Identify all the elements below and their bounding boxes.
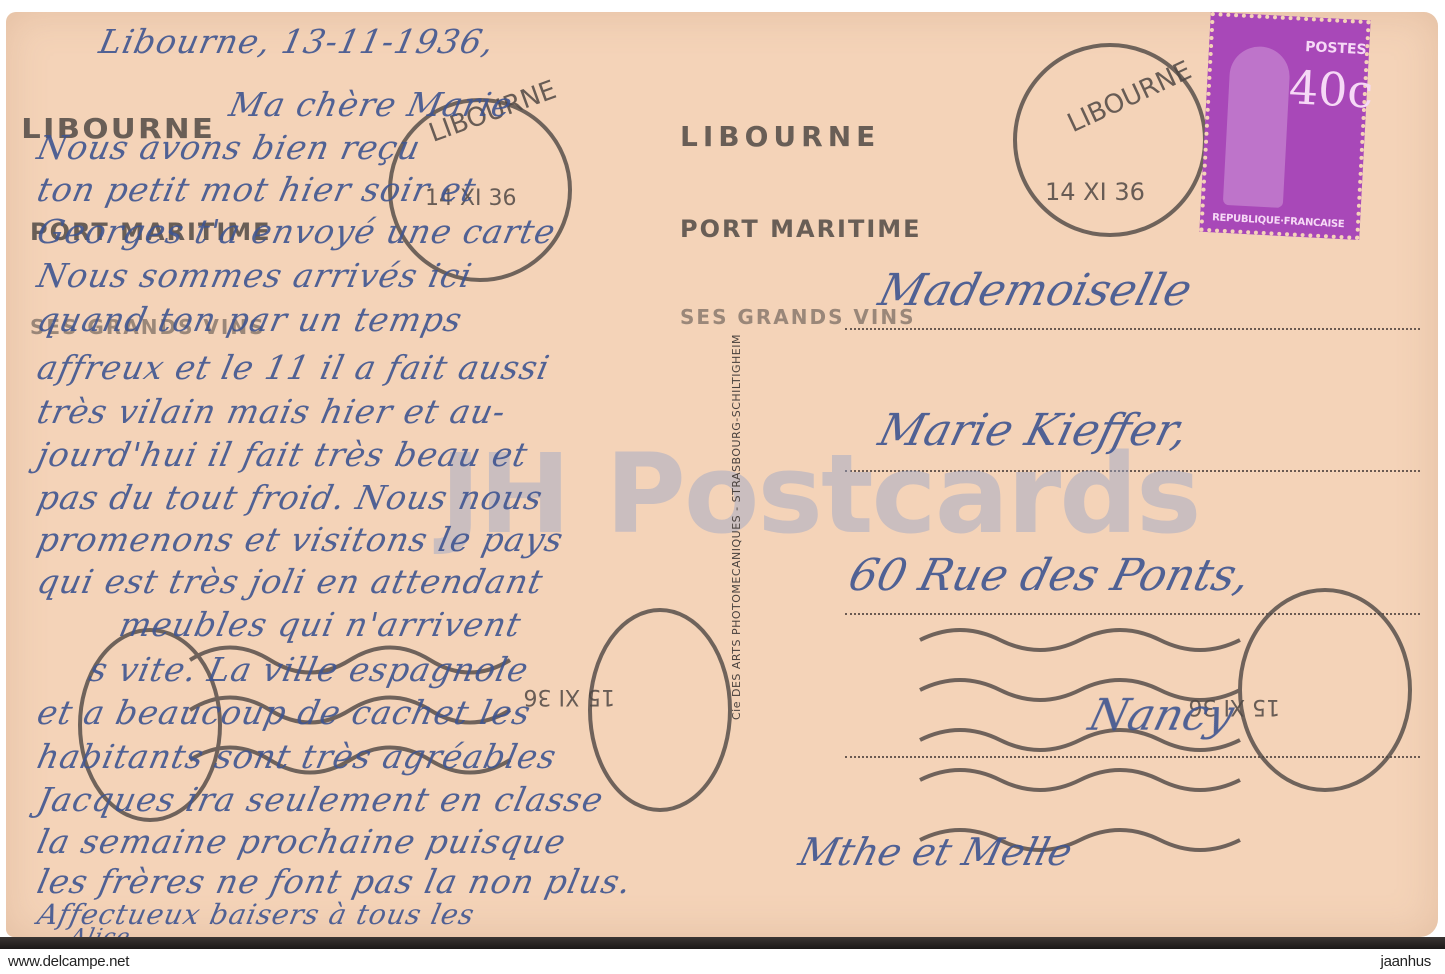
message-line: Ma chère Marie (226, 85, 517, 124)
svg-text:15 XI 36: 15 XI 36 (523, 684, 615, 709)
postage-stamp: POSTES 40c REPUBLIQUE·FRANCAISE (1199, 12, 1370, 240)
stamp-country: REPUBLIQUE·FRANCAISE (1212, 212, 1345, 230)
message-line: qui est très joli en attendant (34, 562, 547, 601)
message-line: ton petit mot hier soir et (34, 170, 480, 209)
scan-edge (0, 937, 1445, 949)
message-line: Libourne, 13-11-1936, (96, 22, 498, 61)
message-line: les frères ne font pas la non plus. (34, 862, 636, 901)
address-street: 60 Rue des Ponts, (844, 550, 1256, 601)
address-title: Mademoiselle (874, 265, 1197, 316)
message-line: promenons et visitons le pays (34, 520, 567, 559)
message-line: s vite. La ville espagnole (86, 650, 533, 689)
publisher-imprint: Cie DES ARTS PHOTOMECANIQUES - STRASBOUR… (730, 334, 743, 720)
message-line: quand ton par un temps (34, 300, 466, 339)
svg-text:LIBOURNE: LIBOURNE (1063, 56, 1196, 139)
address-city: Nancy (1084, 690, 1239, 741)
site-credit: www.delcampe.net (8, 953, 129, 970)
message-line: Georges t'a envoyé une carte (34, 212, 560, 251)
message-line: Jacques ira seulement en classe (34, 780, 608, 819)
address-name: Marie Kieffer, (874, 405, 1194, 456)
message-line: la semaine prochaine puisque (34, 822, 570, 861)
message-line: Nous sommes arrivés ici (34, 256, 476, 295)
message-line: affreux et le 11 il a fait aussi (34, 348, 554, 387)
message-line: habitants sont très agréables (34, 737, 560, 776)
seller-credit: jaanhus (1381, 953, 1431, 970)
message-line: et a beaucoup de cachet les (34, 693, 535, 732)
stamp-figure-icon (1223, 45, 1291, 208)
message-line: jourd'hui il fait très beau et (34, 435, 532, 474)
stamp-value: 40c (1288, 60, 1375, 118)
message-line: Nous avons bien reçu (34, 128, 425, 167)
message-line: meubles qui n'arrivent (116, 605, 525, 644)
message-line: très vilain mais hier et au- (34, 392, 510, 431)
svg-text:14 XI 36: 14 XI 36 (1045, 178, 1145, 206)
address-note: Mthe et Melle (795, 830, 1077, 874)
message-line: pas du tout froid. Nous nous (34, 478, 547, 517)
stamp-label: POSTES (1305, 39, 1367, 58)
